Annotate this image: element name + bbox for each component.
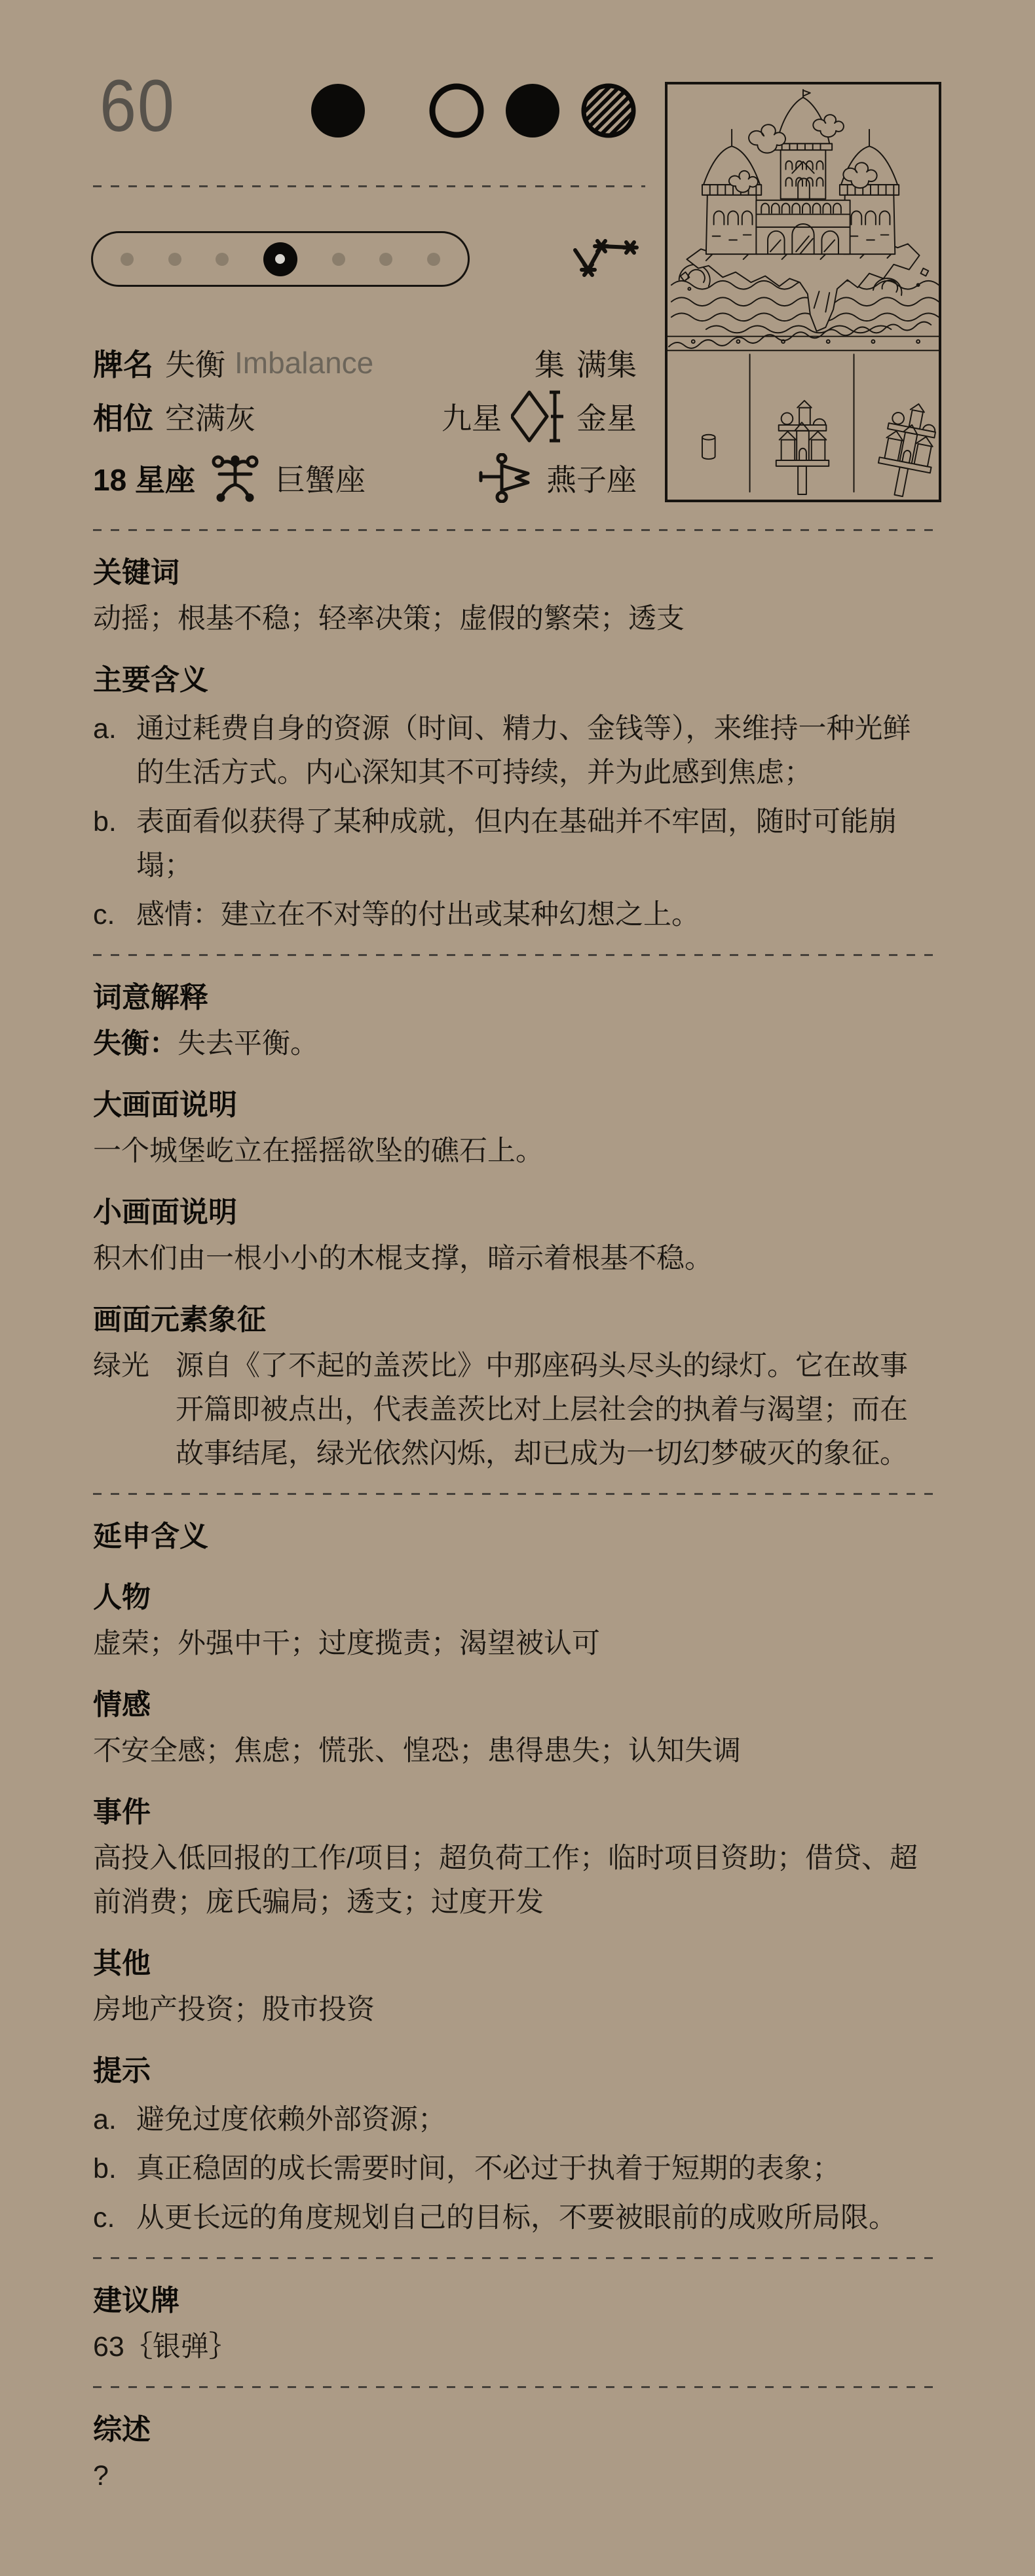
list-marker: c. [93, 893, 136, 937]
pager-dot[interactable] [168, 253, 181, 266]
symbol-term: 绿光 [93, 1344, 176, 1388]
field-value: 失衡 [165, 341, 225, 384]
field-phase: 相位 空满灰 [93, 393, 255, 440]
list-text: 从更长远的角度规划自己的目标，不要被眼前的成败所局限。 [136, 2196, 941, 2240]
symbol-text: 源自《了不起的盖茨比》中那座码头尽头的绿灯。它在故事 开篇即被点出，代表盖茨比对… [176, 1344, 941, 1476]
list-item: b. 表面看似获得了某种成就，但内在基础并不牢固，随时可能崩 塌； [93, 800, 941, 888]
list-marker: b. [93, 2147, 136, 2191]
field-value: 空满灰 [165, 395, 255, 438]
list-item: a. 避免过度依赖外部资源； [93, 2098, 941, 2142]
group-title-events: 事件 [93, 1790, 941, 1834]
list-marker: a. [93, 2098, 136, 2142]
field-value: 燕子座 [546, 456, 637, 500]
list-item: b. 真正稳固的成长需要时间，不必过于执着于短期的表象； [93, 2147, 941, 2191]
pager-dot[interactable] [216, 253, 229, 266]
list-text: 感情：建立在不对等的付出或某种幻想之上。 [136, 893, 941, 937]
list-text: 真正稳固的成长需要时间，不必过于执着于短期的表象； [136, 2147, 941, 2191]
field-zodiac-18: 18 星座 巨蟹座 [93, 454, 366, 502]
card-body: 关键词 动摇；根基不稳；轻率决策；虚假的繁荣；透支 主要含义 a. 通过耗费自身… [93, 514, 941, 2498]
field-label: 18 星座 [93, 456, 195, 500]
term: 失衡： [93, 1028, 178, 1059]
field-value: 巨蟹座 [275, 456, 366, 500]
field-label: 牌名 [93, 341, 153, 384]
group-title-people: 人物 [93, 1575, 941, 1619]
dot-filled-icon [506, 84, 559, 138]
field-label: 九星 [442, 395, 502, 438]
section-title-big-picture: 大画面说明 [93, 1083, 941, 1127]
section-title-extended: 延申含义 [93, 1515, 941, 1558]
field-constellation: 燕子座 [476, 454, 637, 502]
crab-zodiac-icon [211, 454, 259, 502]
list-marker: c. [93, 2196, 136, 2240]
pager-dot[interactable] [121, 253, 134, 266]
field-nine-star: 九星 金星 [442, 393, 637, 440]
dot-filled-single-icon [311, 84, 365, 138]
section-divider [93, 1493, 941, 1495]
section-divider [93, 2386, 941, 2388]
nine-star-venus-icon [511, 388, 567, 445]
field-value: 金星 [576, 395, 637, 438]
castle-illustration-drawing [668, 84, 939, 500]
group-text-emotions: 不安全感；焦虑；慌张、惶恐；患得患失；认知失调 [93, 1729, 941, 1773]
big-picture-text: 一个城堡屹立在摇摇欲坠的礁石上。 [93, 1130, 941, 1173]
field-value: 满集 [576, 341, 637, 384]
section-title-word-meaning: 词意解释 [93, 976, 941, 1020]
list-marker: b. [93, 800, 136, 844]
pager-dot-active[interactable] [263, 242, 297, 276]
pager-dot-core [275, 254, 285, 264]
group-title-others: 其他 [93, 1941, 941, 1985]
field-value-en: Imbalance [235, 345, 373, 380]
list-marker: a. [93, 707, 136, 751]
section-title-summary: 综述 [93, 2408, 941, 2452]
list-item: c. 感情：建立在不对等的付出或某种幻想之上。 [93, 893, 941, 937]
symbolism-entry: 绿光 源自《了不起的盖茨比》中那座码头尽头的绿灯。它在故事 开篇即被点出，代表盖… [93, 1344, 941, 1476]
section-title-keywords: 关键词 [93, 551, 941, 595]
list-text: 避免过度依赖外部资源； [136, 2098, 941, 2142]
pager-dot[interactable] [379, 253, 392, 266]
field-card-name: 牌名 失衡 Imbalance [93, 339, 373, 386]
section-title-suggestion: 建议牌 [93, 2279, 941, 2323]
pager-dot[interactable] [332, 253, 345, 266]
section-divider [93, 2257, 941, 2259]
suggestion-text: 63｛银弹｝ [93, 2325, 941, 2369]
list-item: c. 从更长远的角度规划自己的目标，不要被眼前的成败所局限。 [93, 2196, 941, 2240]
dot-outline-icon [432, 86, 481, 135]
pager[interactable] [91, 231, 470, 287]
list-text: 表面看似获得了某种成就，但内在基础并不牢固，随时可能崩 塌； [136, 800, 941, 888]
header-divider [93, 185, 645, 187]
dot-hatched-icon [584, 86, 633, 136]
list-text: 通过耗费自身的资源（时间、精力、金钱等），来维持一种光鲜 的生活方式。内心深知其… [136, 707, 941, 795]
list-item: a. 通过耗费自身的资源（时间、精力、金钱等），来维持一种光鲜 的生活方式。内心… [93, 707, 941, 795]
group-text-people: 虚荣；外强中干；过度揽责；渴望被认可 [93, 1622, 941, 1666]
swallow-constellation-icon [476, 453, 531, 503]
section-divider [93, 529, 941, 531]
marker-dots [301, 81, 645, 141]
section-title-tips: 提示 [93, 2049, 941, 2093]
section-title-small-picture: 小画面说明 [93, 1190, 941, 1234]
field-label: 相位 [93, 395, 153, 438]
field-set: 集 满集 [535, 339, 637, 386]
card-illustration [665, 82, 941, 502]
field-label: 集 [535, 341, 565, 384]
section-title-main-meanings: 主要含义 [93, 658, 941, 702]
section-divider [93, 954, 941, 956]
group-text-others: 房地产投资；股市投资 [93, 1988, 941, 2032]
card-number: 60 [100, 69, 176, 143]
group-title-emotions: 情感 [93, 1683, 941, 1727]
constellation-zigzag-icon [567, 236, 639, 283]
keywords-text: 动摇；根基不稳；轻率决策；虚假的繁荣；透支 [93, 597, 941, 641]
summary-text: ? [93, 2454, 941, 2498]
pager-dot[interactable] [427, 253, 440, 266]
definition: 失去平衡。 [178, 1028, 318, 1059]
small-picture-text: 积木们由一根小小的木棍支撑，暗示着根基不稳。 [93, 1237, 941, 1281]
section-title-symbolism: 画面元素象征 [93, 1298, 941, 1342]
group-text-events: 高投入低回报的工作/项目；超负荷工作；临时项目资助；借贷、超 前消费；庞氏骗局；… [93, 1837, 941, 1924]
word-meaning-text: 失衡：失去平衡。 [93, 1022, 941, 1066]
